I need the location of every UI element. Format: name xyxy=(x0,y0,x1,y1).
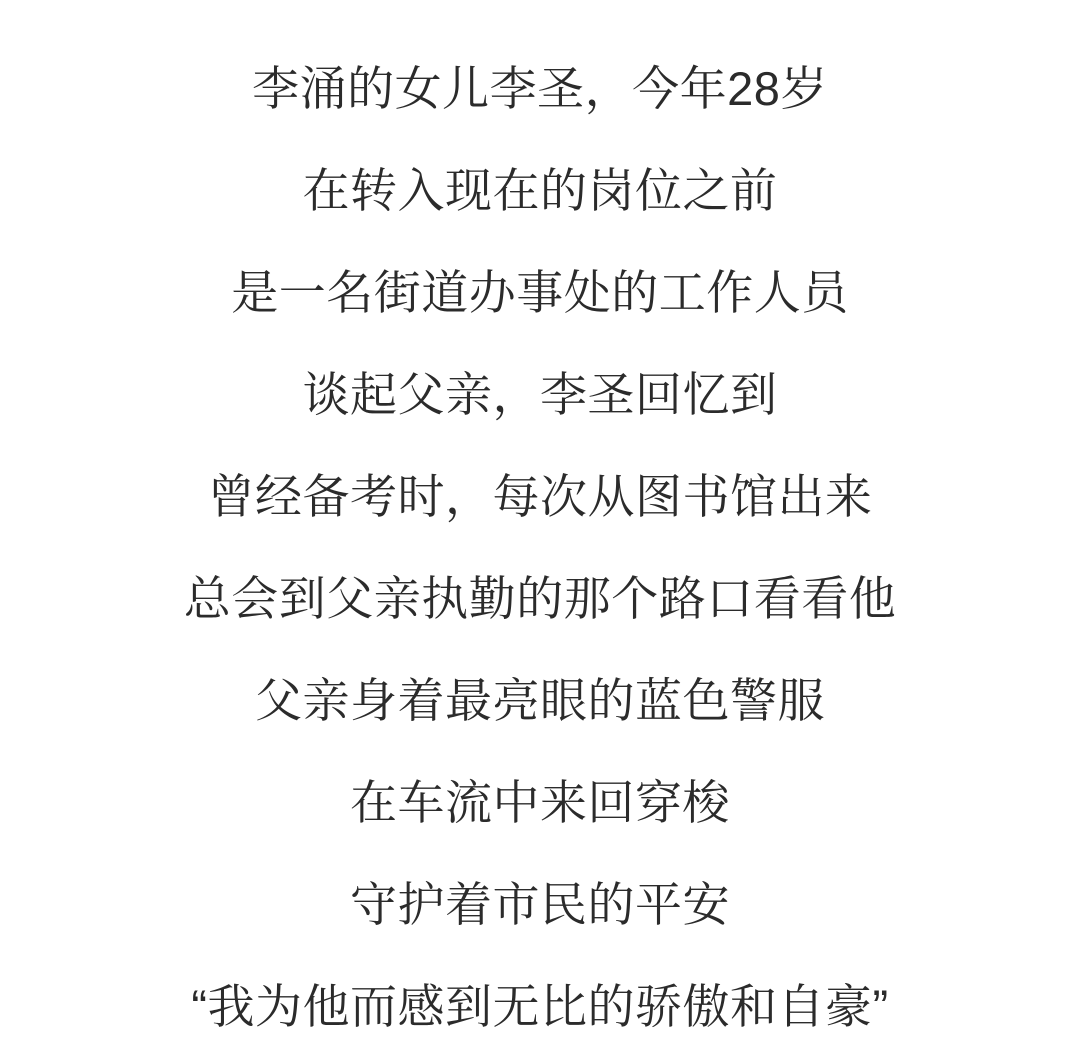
article-line: “我为他而感到无比的骄傲和自豪” xyxy=(0,956,1080,1058)
article-line: 曾经备考时，每次从图书馆出来 xyxy=(0,446,1080,548)
article-line: 父亲身着最亮眼的蓝色警服 xyxy=(0,650,1080,752)
article-line: 守护着市民的平安 xyxy=(0,854,1080,956)
article-line: 李涌的女儿李圣，今年28岁 xyxy=(0,38,1080,140)
article-line: 在转入现在的岗位之前 xyxy=(0,140,1080,242)
article-line: 总会到父亲执勤的那个路口看看他 xyxy=(0,548,1080,650)
article-line: 谈起父亲，李圣回忆到 xyxy=(0,344,1080,446)
article-body: 李涌的女儿李圣，今年28岁 在转入现在的岗位之前 是一名街道办事处的工作人员 谈… xyxy=(0,0,1080,1058)
article-line: 是一名街道办事处的工作人员 xyxy=(0,242,1080,344)
article-line: 在车流中来回穿梭 xyxy=(0,752,1080,854)
